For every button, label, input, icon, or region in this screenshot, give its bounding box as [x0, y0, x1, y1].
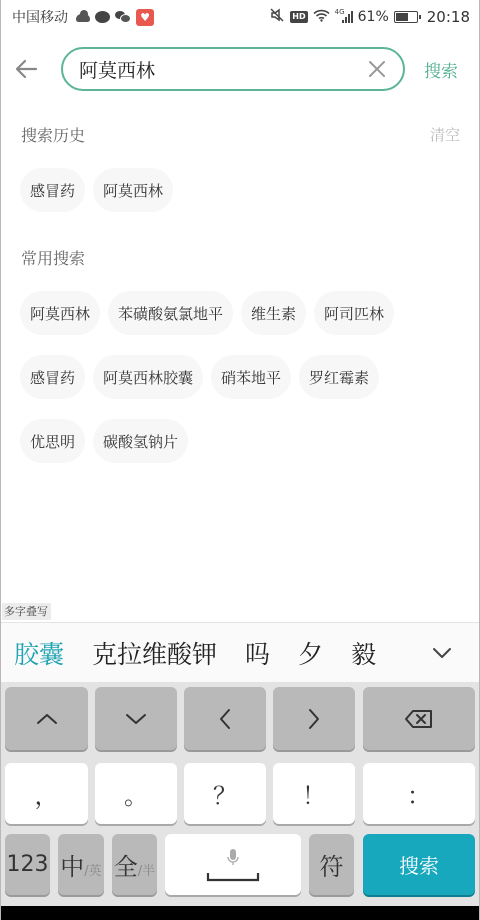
- lang-sub-label: /英: [84, 860, 101, 879]
- key-cursor-left[interactable]: [184, 687, 266, 750]
- chevron-up-icon: [36, 713, 58, 725]
- battery-percent: 61%: [358, 9, 389, 25]
- key-backspace[interactable]: [363, 687, 475, 750]
- history-chip[interactable]: 感冒药: [20, 168, 85, 212]
- common-chip[interactable]: 感冒药: [20, 355, 85, 399]
- key-symbols[interactable]: 符: [309, 834, 354, 895]
- common-chip[interactable]: 阿司匹林: [314, 291, 394, 335]
- key-numbers[interactable]: 123: [5, 834, 50, 895]
- system-nav-bar: [0, 906, 480, 920]
- common-chip[interactable]: 罗红霉素: [299, 355, 379, 399]
- chevron-right-icon: [308, 708, 320, 730]
- key-exclamation[interactable]: ！: [273, 763, 355, 824]
- wifi-icon: [313, 9, 330, 26]
- common-chip[interactable]: 硝苯地平: [211, 355, 291, 399]
- keyboard: ， 。 ？ ！ ： 123 中/英 全/半 符 搜索: [0, 682, 480, 906]
- lang-main-label: 中: [60, 847, 84, 882]
- common-chip[interactable]: 阿莫西林胶囊: [93, 355, 203, 399]
- key-cursor-right[interactable]: [273, 687, 355, 750]
- key-space[interactable]: [165, 834, 301, 895]
- candidate-item[interactable]: 克拉维酸钾: [92, 635, 217, 671]
- status-right: HD 4G 61% 20:18: [269, 7, 470, 27]
- search-input[interactable]: [79, 58, 365, 80]
- hd-icon: HD: [290, 11, 307, 23]
- key-period[interactable]: 。: [95, 763, 177, 824]
- backspace-icon: [404, 709, 434, 729]
- candidate-bar: 胶囊 克拉维酸钾 吗 夕 毅: [0, 622, 480, 682]
- wechat-icon: [115, 11, 131, 23]
- common-chips-row-3: 优思明 碳酸氢钠片: [20, 419, 188, 463]
- common-chips-row-1: 阿莫西林 苯磺酸氨氯地平 维生素 阿司匹林: [20, 291, 394, 335]
- common-title: 常用搜索: [21, 246, 85, 269]
- close-icon: [368, 60, 386, 78]
- cloud-icon: [76, 14, 90, 22]
- common-chips-row-2: 感冒药 阿莫西林胶囊 硝苯地平 罗红霉素: [20, 355, 379, 399]
- width-main-label: 全: [114, 847, 138, 882]
- common-chip[interactable]: 维生素: [241, 291, 306, 335]
- common-chip[interactable]: 苯磺酸氨氯地平: [108, 291, 233, 335]
- common-chip[interactable]: 阿莫西林: [20, 291, 100, 335]
- chevron-down-icon: [432, 647, 452, 659]
- status-bar: 中国移动 ♥ HD 4G 61% 20:18: [0, 0, 480, 34]
- history-title: 搜索历史: [21, 123, 85, 146]
- carrier-name: 中国移动: [12, 7, 68, 27]
- candidate-item[interactable]: 吗: [245, 635, 270, 671]
- microphone-icon: [226, 848, 240, 866]
- history-chips: 感冒药 阿莫西林: [20, 168, 173, 212]
- arrow-left-icon: [14, 59, 38, 79]
- key-width-toggle[interactable]: 全/半: [112, 834, 157, 895]
- clock: 20:18: [427, 8, 470, 26]
- width-sub-label: /半: [138, 860, 155, 879]
- mute-icon: [269, 7, 285, 27]
- search-header: 搜索: [0, 45, 480, 93]
- app-badge-icon: ♥: [136, 9, 154, 26]
- key-colon[interactable]: ：: [363, 763, 475, 824]
- status-left: 中国移动 ♥: [12, 7, 154, 27]
- key-cursor-up[interactable]: [5, 687, 88, 750]
- chat-bubble-icon: [95, 11, 110, 23]
- network-type: 4G: [335, 8, 345, 16]
- ime-mode-hint: 多字叠写: [2, 603, 51, 620]
- candidate-item[interactable]: 胶囊: [14, 635, 64, 671]
- search-submit-button[interactable]: 搜索: [424, 57, 458, 82]
- candidate-item[interactable]: 毅: [351, 635, 376, 671]
- chevron-left-icon: [219, 708, 231, 730]
- space-bar-icon: [206, 872, 260, 882]
- key-question[interactable]: ？: [184, 763, 266, 824]
- search-box: [61, 47, 405, 91]
- common-chip[interactable]: 碳酸氢钠片: [93, 419, 188, 463]
- back-button[interactable]: [12, 55, 40, 83]
- history-chip[interactable]: 阿莫西林: [93, 168, 173, 212]
- key-cursor-down[interactable]: [95, 687, 177, 750]
- common-chip[interactable]: 优思明: [20, 419, 85, 463]
- battery-icon: [394, 11, 418, 23]
- key-search-enter[interactable]: 搜索: [363, 834, 475, 895]
- signal-4g-icon: 4G: [335, 11, 353, 23]
- key-comma[interactable]: ，: [5, 763, 88, 824]
- candidate-item[interactable]: 夕: [298, 635, 323, 671]
- expand-candidates-button[interactable]: [430, 641, 454, 665]
- clear-input-button[interactable]: [365, 57, 389, 81]
- chevron-down-icon: [125, 713, 147, 725]
- key-lang-toggle[interactable]: 中/英: [58, 834, 104, 895]
- clear-history-button[interactable]: 清空: [430, 124, 460, 145]
